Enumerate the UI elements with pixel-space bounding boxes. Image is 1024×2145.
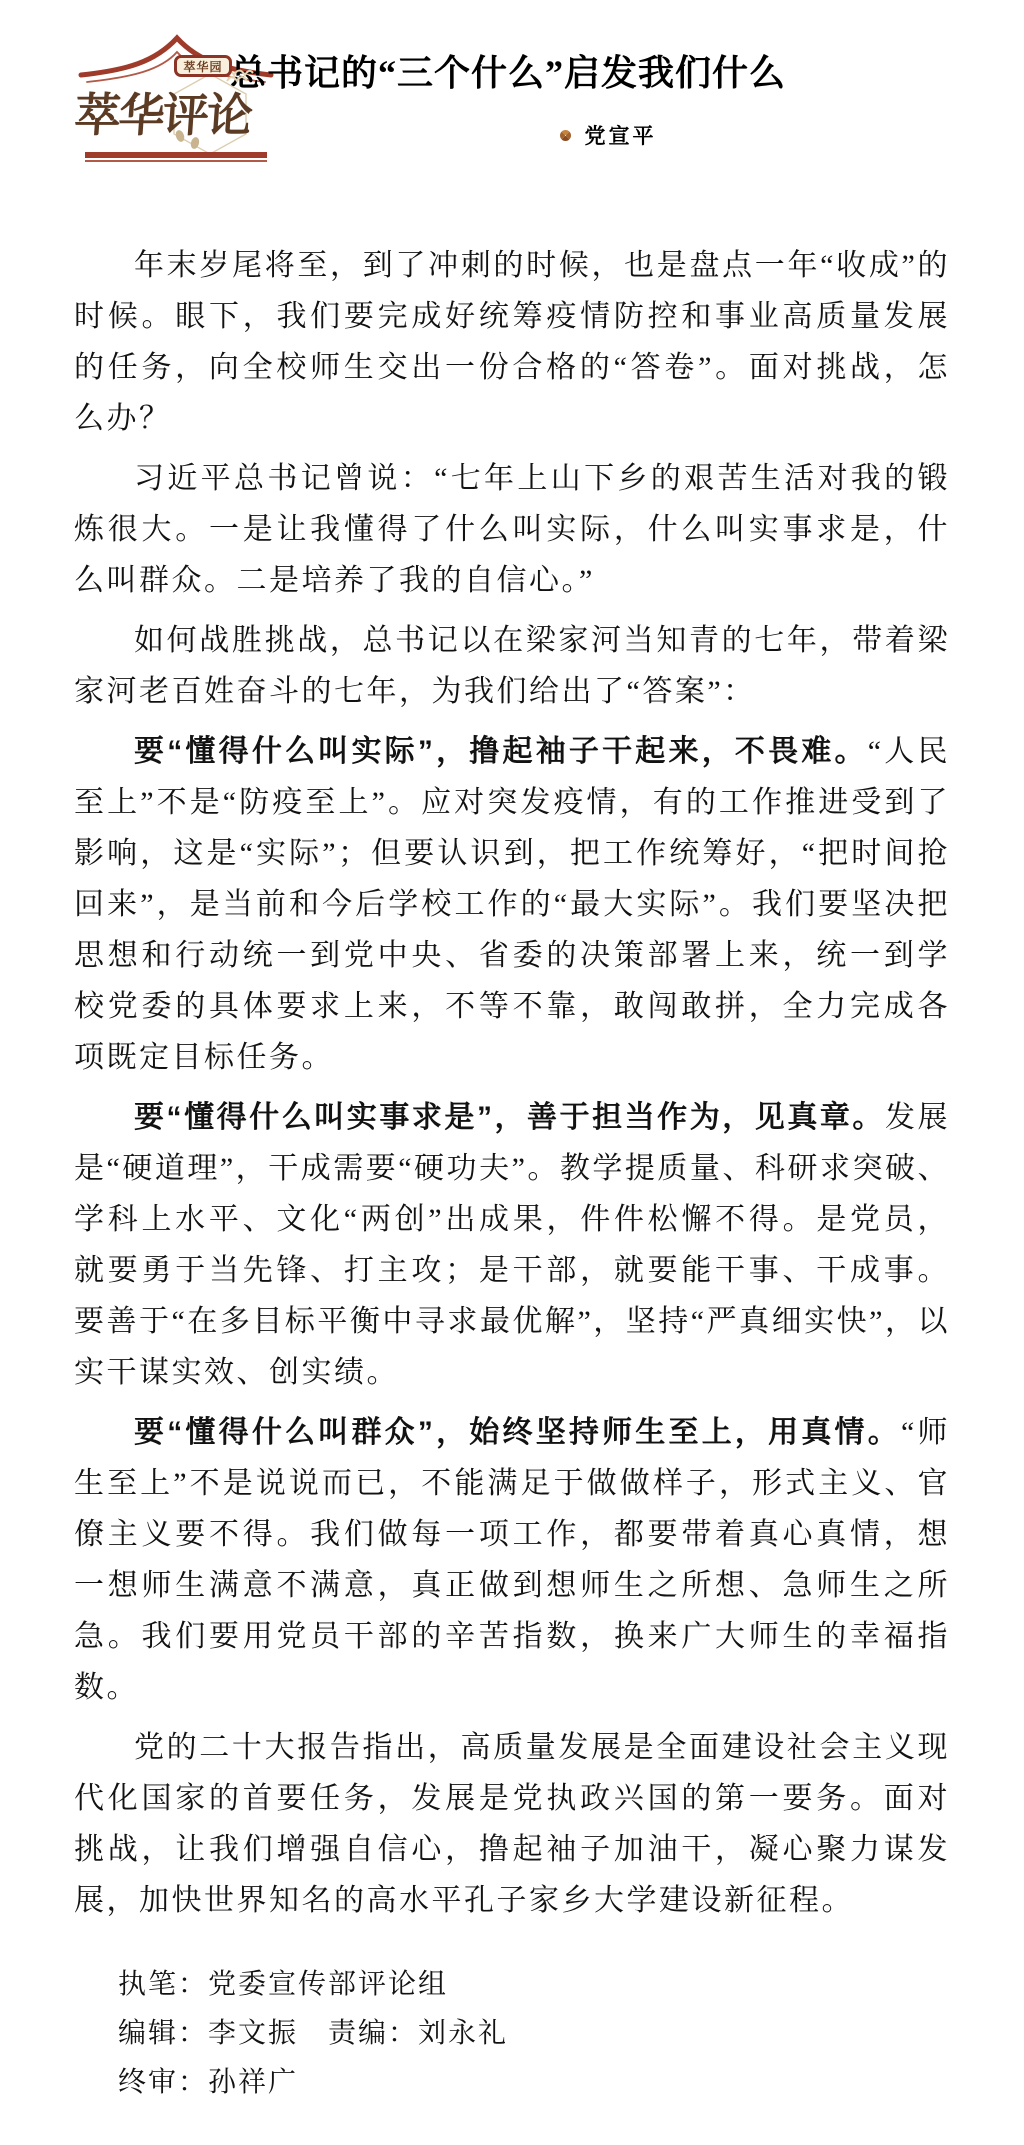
author-ring-icon [560,130,571,141]
paragraph-lead: 要“懂得什么叫实际”，撸起袖子干起来，不畏难。 [134,735,868,768]
article-title: 总书记的“三个什么”启发我们什么 [230,45,750,96]
paragraph-text: “师生至上”不是说说而已，不能满足于做做样子，形式主义、官僚主义要不得。我们做每… [74,1416,950,1704]
byline: 党宣平 [348,120,868,150]
article-body: 年末岁尾将至，到了冲刺的时候，也是盘点一年“收成”的时候。眼下，我们要完成好统筹… [74,240,950,1935]
paragraph: 要“懂得什么叫实事求是”，善于担当作为，见真章。发展是“硬道理”，干成需要“硬功… [74,1092,950,1398]
paragraph: 要“懂得什么叫实际”，撸起袖子干起来，不畏难。“人民至上”不是“防疫至上”。应对… [74,726,950,1083]
logo-underline-bar [85,152,267,158]
paragraph-text: 发展是“硬道理”，干成需要“硬功夫”。教学提质量、科研求突破、学科上水平、文化“… [74,1101,950,1389]
paragraph-text: “人民至上”不是“防疫至上”。应对突发疫情，有的工作推进受到了影响，这是“实际”… [74,735,950,1074]
title-block: 总书记的“三个什么”启发我们什么 党宣平 [230,45,750,150]
paragraph: 年末岁尾将至，到了冲刺的时候，也是盘点一年“收成”的时候。眼下，我们要完成好统筹… [74,240,950,444]
paragraph-text: 习近平总书记曾说：“七年上山下乡的艰苦生活对我的锻炼很大。一是让我懂得了什么叫实… [74,462,950,597]
author-name: 党宣平 [585,124,657,148]
paragraph-text: 如何战胜挑战，总书记以在梁家河当知青的七年，带着梁家河老百姓奋斗的七年，为我们给… [74,624,950,708]
paragraph-lead: 要“懂得什么叫实事求是”，善于担当作为，见真章。 [134,1101,885,1134]
paragraph-text: 党的二十大报告指出，高质量发展是全面建设社会主义现代化国家的首要任务，发展是党执… [74,1731,950,1917]
paragraph: 如何战胜挑战，总书记以在梁家河当知青的七年，带着梁家河老百姓奋斗的七年，为我们给… [74,615,950,717]
paragraph-text: 年末岁尾将至，到了冲刺的时候，也是盘点一年“收成”的时候。眼下，我们要完成好统筹… [74,249,950,435]
credit-line-writer: 执笔：党委宣传部评论组 [118,1960,508,2009]
brand-name: 萃华评论 [73,79,278,145]
logo-badge: 萃华园 [174,55,232,77]
logo-badge-text: 萃华园 [183,58,222,75]
credit-line-reviewer: 终审：孙祥广 [118,2058,508,2107]
paragraph: 党的二十大报告指出，高质量发展是全面建设社会主义现代化国家的首要任务，发展是党执… [74,1722,950,1926]
paragraph-lead: 要“懂得什么叫群众”，始终坚持师生至上，用真情。 [134,1416,901,1449]
paragraph: 习近平总书记曾说：“七年上山下乡的艰苦生活对我的锻炼很大。一是让我懂得了什么叫实… [74,453,950,606]
paragraph: 要“懂得什么叫群众”，始终坚持师生至上，用真情。“师生至上”不是说说而已，不能满… [74,1407,950,1713]
credit-line-editors: 编辑：李文振 责编：刘永礼 [118,2009,508,2058]
article-page: 萃华园 萃华评论 总书记的“三个什么”启发我们什么 党宣平 年末岁尾将至，到了冲… [0,0,1024,2145]
credits: 执笔：党委宣传部评论组 编辑：李文振 责编：刘永礼 终审：孙祥广 [118,1960,508,2107]
header: 萃华园 萃华评论 总书记的“三个什么”启发我们什么 党宣平 [0,25,1024,185]
